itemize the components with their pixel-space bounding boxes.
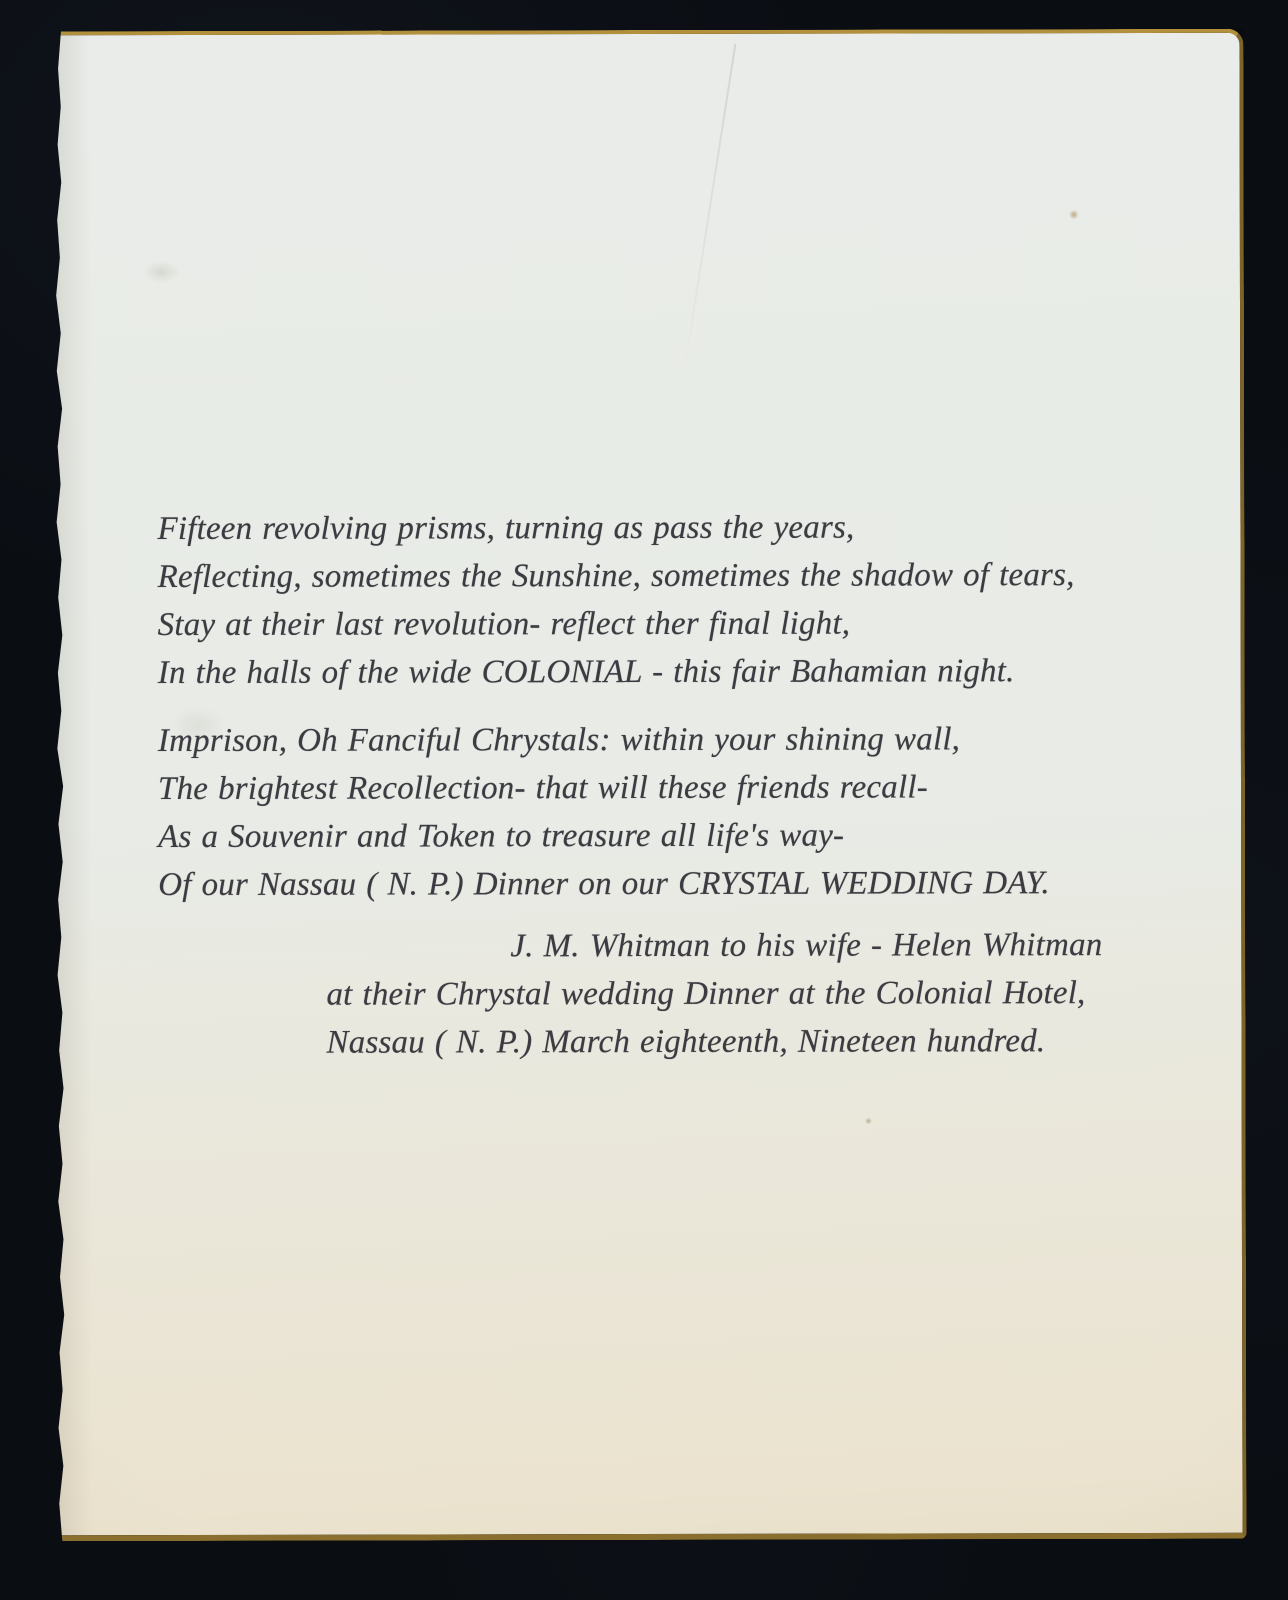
stanza-1: Fifteen revolving prisms, turning as pas…: [157, 503, 1200, 697]
poem-line: Fifteen revolving prisms, turning as pas…: [157, 503, 1200, 553]
poem-line: Reflecting, sometimes the Sunshine, some…: [158, 551, 1201, 601]
poem-line: Stay at their last revolution- reflect t…: [158, 599, 1201, 649]
photo-background: Fifteen revolving prisms, turning as pas…: [0, 0, 1288, 1600]
poem-line: Of our Nassau ( N. P.) Dinner on our CRY…: [158, 859, 1201, 909]
poem-line: As a Souvenir and Token to treasure all …: [158, 811, 1201, 861]
poem-line: Imprison, Oh Fanciful Chrystals: within …: [158, 715, 1201, 765]
attribution-line: at their Chrystal wedding Dinner at the …: [326, 969, 1201, 1019]
poem-text: Fifteen revolving prisms, turning as pas…: [157, 503, 1201, 1067]
attribution: J. M. Whitman to his wife - Helen Whitma…: [158, 921, 1201, 1067]
poem-line: The brightest Recollection- that will th…: [158, 763, 1201, 813]
attribution-line: Nassau ( N. P.) March eighteenth, Ninete…: [326, 1017, 1201, 1067]
poem-line: In the halls of the wide COLONIAL - this…: [158, 647, 1201, 697]
card-page: Fifteen revolving prisms, turning as pas…: [54, 29, 1246, 1541]
paper-crease: [684, 44, 737, 370]
stanza-2: Imprison, Oh Fanciful Chrystals: within …: [158, 715, 1201, 909]
attribution-line: J. M. Whitman to his wife - Helen Whitma…: [510, 921, 1201, 970]
